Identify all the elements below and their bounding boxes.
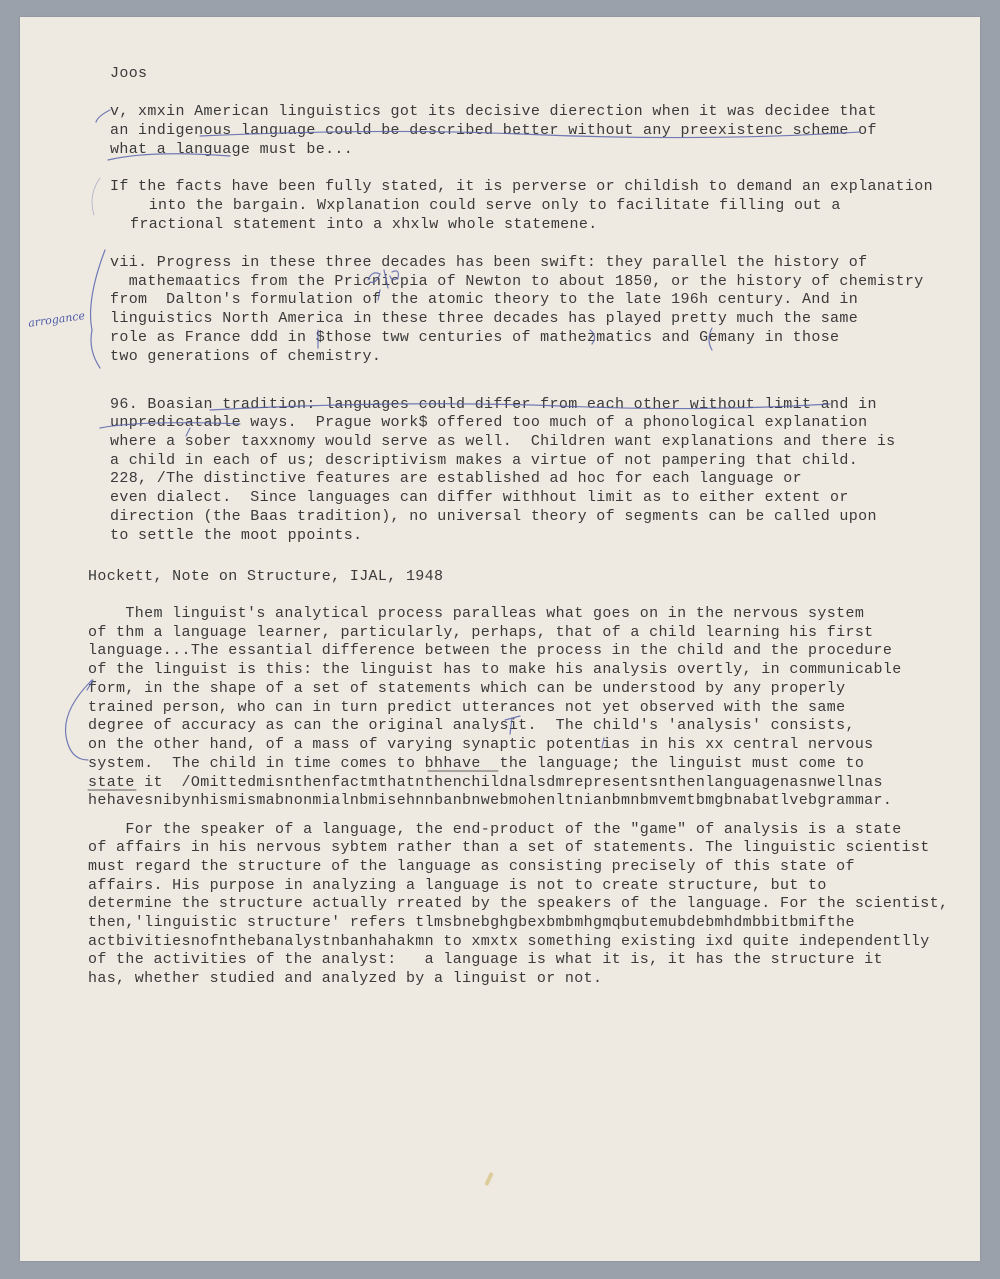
text-line: of thm a language learner, particularly,… bbox=[88, 623, 874, 642]
document-header: Joos bbox=[110, 64, 147, 83]
text-line: hehavesnibynhismismabnonmialnbmisehnnban… bbox=[88, 791, 892, 810]
text-line: has, whether studied and analyzed by a l… bbox=[88, 969, 602, 988]
text-line: into the bargain. Wxplanation could serv… bbox=[130, 196, 841, 215]
text-line: to settle the moot ppoints. bbox=[110, 526, 363, 545]
text-line: affairs. His purpose in analyzing a lang… bbox=[88, 876, 827, 895]
text-line: even dialect. Since languages can differ… bbox=[110, 488, 849, 507]
text-line: vii. Progress in these three decades has… bbox=[110, 253, 867, 272]
text-line: Them linguist's analytical process paral… bbox=[88, 604, 864, 623]
text-line: form, in the shape of a set of statement… bbox=[88, 679, 845, 698]
text-line: where a sober taxxnomy would serve as we… bbox=[110, 432, 896, 451]
text-line: role as France ddd in $those tww centuri… bbox=[110, 328, 839, 347]
text-line: what a language must be... bbox=[110, 140, 353, 159]
text-line: of the activities of the analyst: a lang… bbox=[88, 950, 883, 969]
text-line: 96. Boasian tradition: languages could d… bbox=[110, 395, 877, 414]
text-line: direction (the Baas tradition), no unive… bbox=[110, 507, 877, 526]
text-line: For the speaker of a language, the end-p… bbox=[88, 820, 902, 839]
text-line: of the linguist is this: the linguist ha… bbox=[88, 660, 902, 679]
text-line: of affairs in his nervous sybtem rather … bbox=[88, 838, 930, 857]
text-line: language...The essantial difference betw… bbox=[88, 641, 892, 660]
text-line: on the other hand, of a mass of varying … bbox=[88, 735, 874, 754]
text-line: actbivitiesnofnthebanalystnbanhahakmn to… bbox=[88, 932, 930, 951]
text-line: linguistics North America in these three… bbox=[110, 309, 858, 328]
text-line: trained person, who can in turn predict … bbox=[88, 698, 845, 717]
text-line: state it /Omittedmisnthenfactmthatnthenc… bbox=[88, 773, 883, 792]
text-line: If the facts have been fully stated, it … bbox=[110, 177, 933, 196]
text-line: an indigenous language could be describe… bbox=[110, 121, 877, 140]
text-line: fractional statement into a xhxlw whole … bbox=[130, 215, 598, 234]
text-line: then,'linguistic structure' refers tlmsb… bbox=[88, 913, 855, 932]
text-line: must regard the structure of the languag… bbox=[88, 857, 855, 876]
text-line: unpredicatable ways. Prague work$ offere… bbox=[110, 413, 867, 432]
text-line: degree of accuracy as can the original a… bbox=[88, 716, 855, 735]
text-line: a child in each of us; descriptivism mak… bbox=[110, 451, 858, 470]
text-line: system. The child in time comes to bhhav… bbox=[88, 754, 864, 773]
text-line: two generations of chemistry. bbox=[110, 347, 381, 366]
text-line: determine the structure actually rreated… bbox=[88, 894, 948, 913]
text-line: v, xmxin American linguistics got its de… bbox=[110, 102, 877, 121]
text-line: from Dalton's formulation of the atomic … bbox=[110, 290, 858, 309]
text-line: mathemaatics from the Pricnicpia of Newt… bbox=[110, 272, 924, 291]
citation-heading: Hockett, Note on Structure, IJAL, 1948 bbox=[88, 567, 443, 586]
text-line: 228, /The distinctive features are estab… bbox=[110, 469, 802, 488]
